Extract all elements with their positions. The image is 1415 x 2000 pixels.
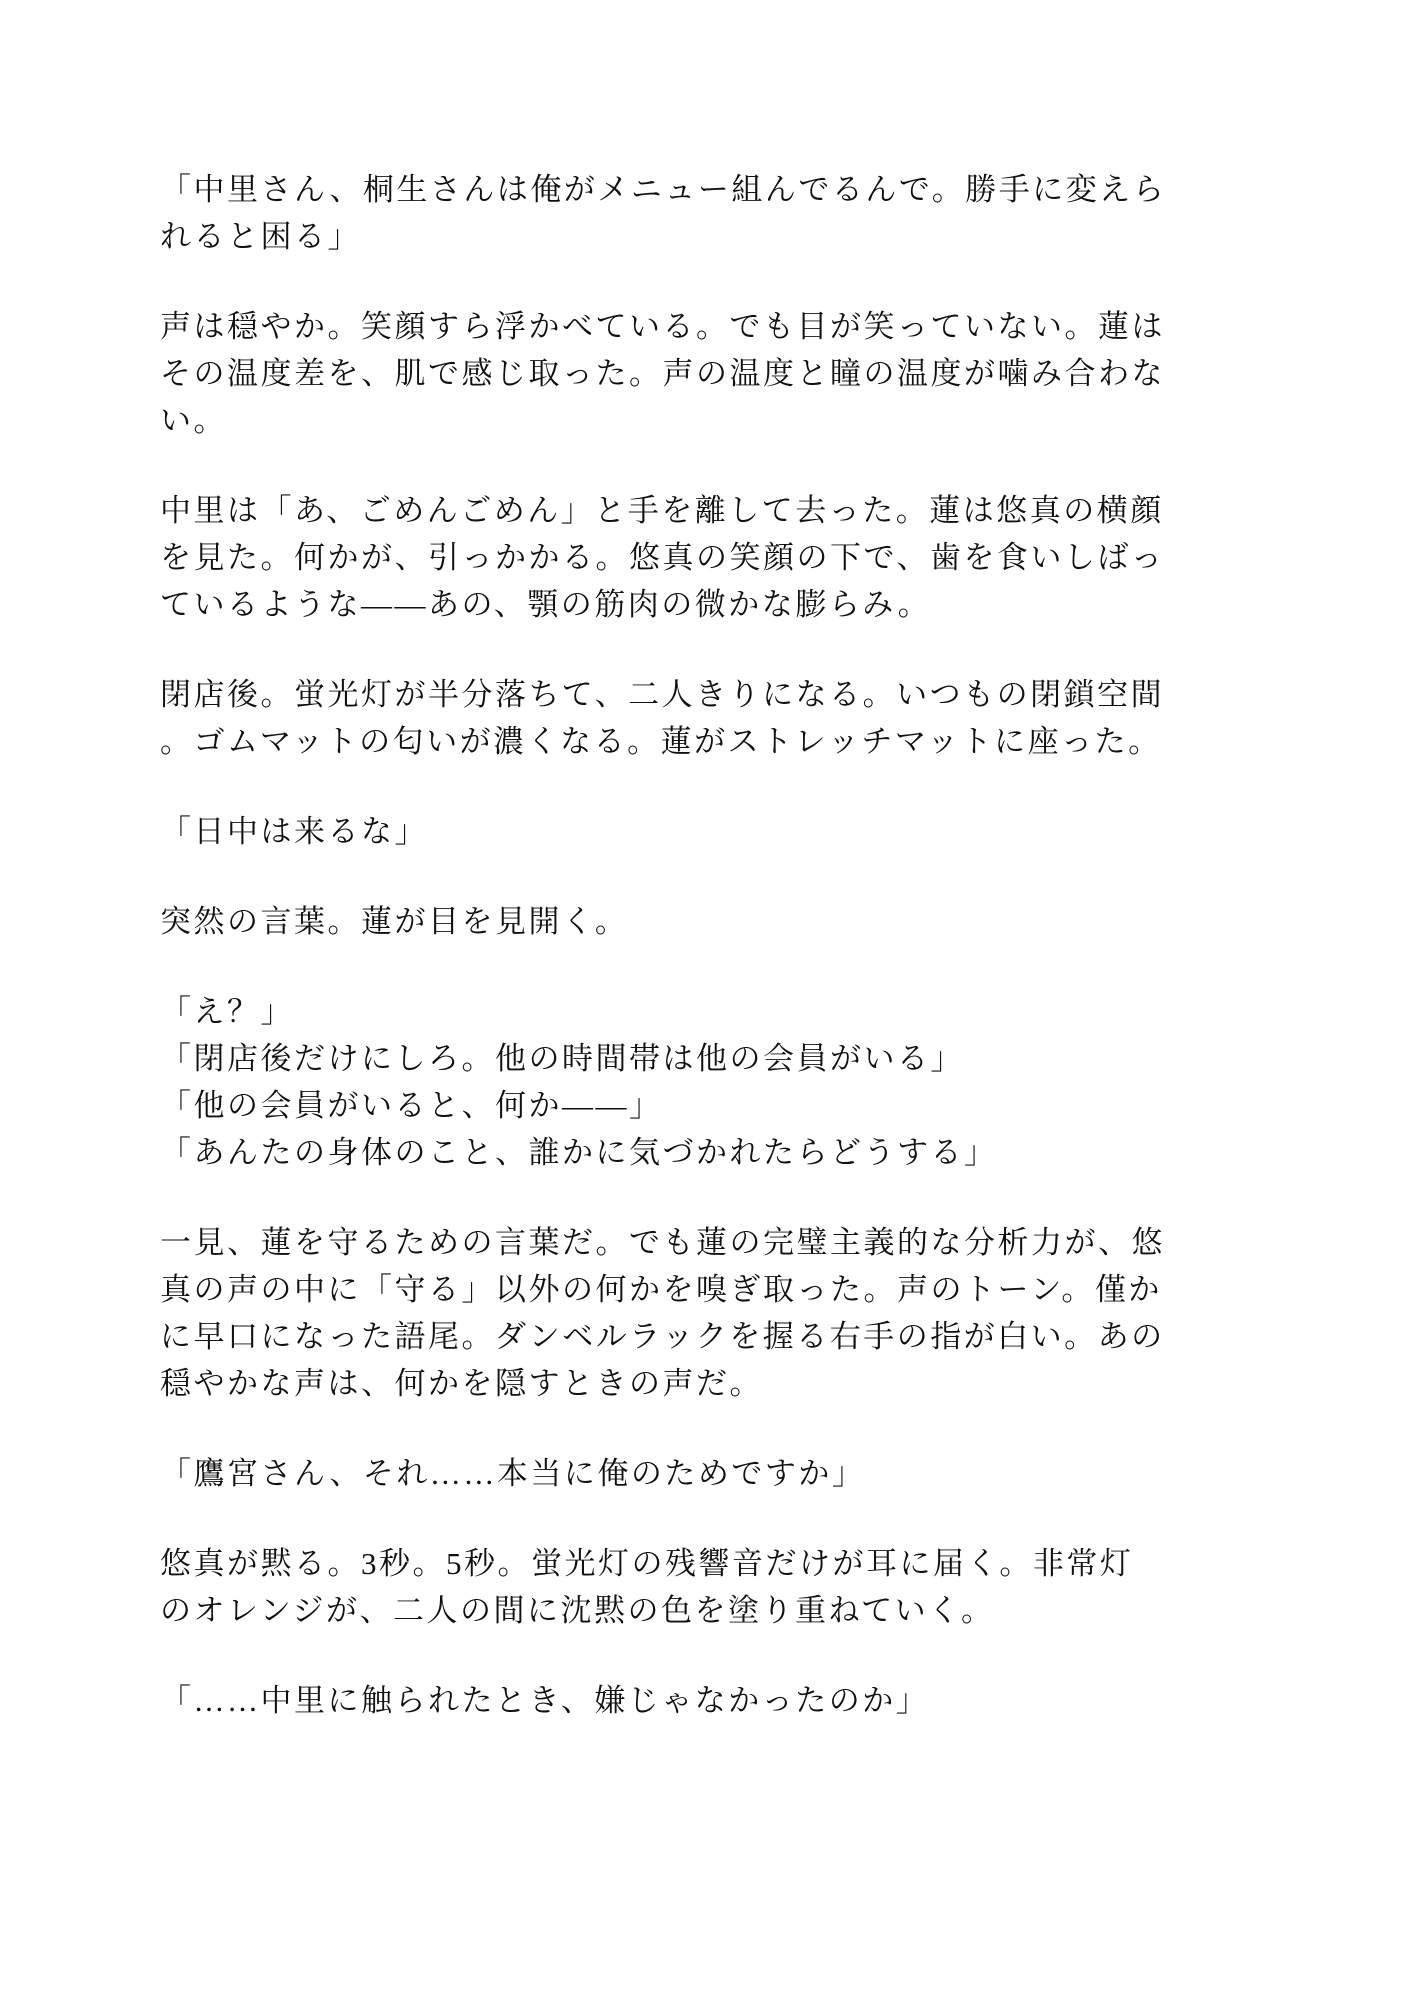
text-line: い。 bbox=[160, 397, 1190, 444]
paragraph: 一見、蓮を守るための言葉だ。でも蓮の完璧主義的な分析力が、悠真の声の中に「守る」… bbox=[160, 1219, 1190, 1407]
text-line: 突然の言葉。蓮が目を見開く。 bbox=[160, 898, 1190, 945]
text-line: に早口になった語尾。ダンベルラックを握る右手の指が白い。あの bbox=[160, 1313, 1190, 1360]
paragraph: 「日中は来るな」 bbox=[160, 808, 1190, 855]
text-line: を見た。何かが、引っかかる。悠真の笑顔の下で、歯を食いしばっ bbox=[160, 534, 1190, 581]
text-line: 「他の会員がいると、何か――」 bbox=[160, 1082, 1190, 1129]
text-line: 声は穏やか。笑顔すら浮かべている。でも目が笑っていない。蓮は bbox=[160, 303, 1190, 350]
text-line: 「あんたの身体のこと、誰かに気づかれたらどうする」 bbox=[160, 1129, 1190, 1176]
paragraph: 声は穏やか。笑顔すら浮かべている。でも目が笑っていない。蓮はその温度差を、肌で感… bbox=[160, 303, 1190, 444]
text-line: 真の声の中に「守る」以外の何かを嗅ぎ取った。声のトーン。僅か bbox=[160, 1266, 1190, 1313]
text-line: のオレンジが、二人の間に沈黙の色を塗り重ねていく。 bbox=[160, 1587, 1190, 1634]
paragraph: 悠真が黙る。3秒。5秒。蛍光灯の残響音だけが耳に届く。非常灯のオレンジが、二人の… bbox=[160, 1540, 1190, 1634]
text-line: 閉店後。蛍光灯が半分落ちて、二人きりになる。いつもの閉鎖空間 bbox=[160, 671, 1190, 718]
text-line: 。ゴムマットの匂いが濃くなる。蓮がストレッチマットに座った。 bbox=[160, 718, 1190, 765]
text-line: 一見、蓮を守るための言葉だ。でも蓮の完璧主義的な分析力が、悠 bbox=[160, 1219, 1190, 1266]
text-line: 「中里さん、桐生さんは俺がメニュー組んでるんで。勝手に変えら bbox=[160, 166, 1190, 213]
paragraph: 「中里さん、桐生さんは俺がメニュー組んでるんで。勝手に変えられると困る」 bbox=[160, 166, 1190, 260]
text-line: 悠真が黙る。3秒。5秒。蛍光灯の残響音だけが耳に届く。非常灯 bbox=[160, 1540, 1190, 1587]
paragraph: 「鷹宮さん、それ……本当に俺のためですか」 bbox=[160, 1450, 1190, 1497]
text-line: 「鷹宮さん、それ……本当に俺のためですか」 bbox=[160, 1450, 1190, 1497]
text-line: その温度差を、肌で感じ取った。声の温度と瞳の温度が噛み合わな bbox=[160, 350, 1190, 397]
document-page: 「中里さん、桐生さんは俺がメニュー組んでるんで。勝手に変えられると困る」声は穏や… bbox=[0, 0, 1415, 2000]
text-line: 「……中里に触られたとき、嫌じゃなかったのか」 bbox=[160, 1677, 1190, 1724]
text-line: 穏やかな声は、何かを隠すときの声だ。 bbox=[160, 1360, 1190, 1407]
text-line: 中里は「あ、ごめんごめん」と手を離して去った。蓮は悠真の横顔 bbox=[160, 487, 1190, 534]
text-line: ているような――あの、顎の筋肉の微かな膨らみ。 bbox=[160, 581, 1190, 628]
paragraph: 閉店後。蛍光灯が半分落ちて、二人きりになる。いつもの閉鎖空間。ゴムマットの匂いが… bbox=[160, 671, 1190, 765]
paragraph: 「……中里に触られたとき、嫌じゃなかったのか」 bbox=[160, 1677, 1190, 1724]
paragraph: 中里は「あ、ごめんごめん」と手を離して去った。蓮は悠真の横顔を見た。何かが、引っ… bbox=[160, 487, 1190, 628]
text-line: 「閉店後だけにしろ。他の時間帯は他の会員がいる」 bbox=[160, 1035, 1190, 1082]
paragraph: 「え？」「閉店後だけにしろ。他の時間帯は他の会員がいる」「他の会員がいると、何か… bbox=[160, 988, 1190, 1176]
text-line: 「え？」 bbox=[160, 988, 1190, 1035]
text-line: 「日中は来るな」 bbox=[160, 808, 1190, 855]
paragraph: 突然の言葉。蓮が目を見開く。 bbox=[160, 898, 1190, 945]
text-line: れると困る」 bbox=[160, 213, 1190, 260]
text-block: 「中里さん、桐生さんは俺がメニュー組んでるんで。勝手に変えられると困る」声は穏や… bbox=[160, 166, 1190, 1724]
